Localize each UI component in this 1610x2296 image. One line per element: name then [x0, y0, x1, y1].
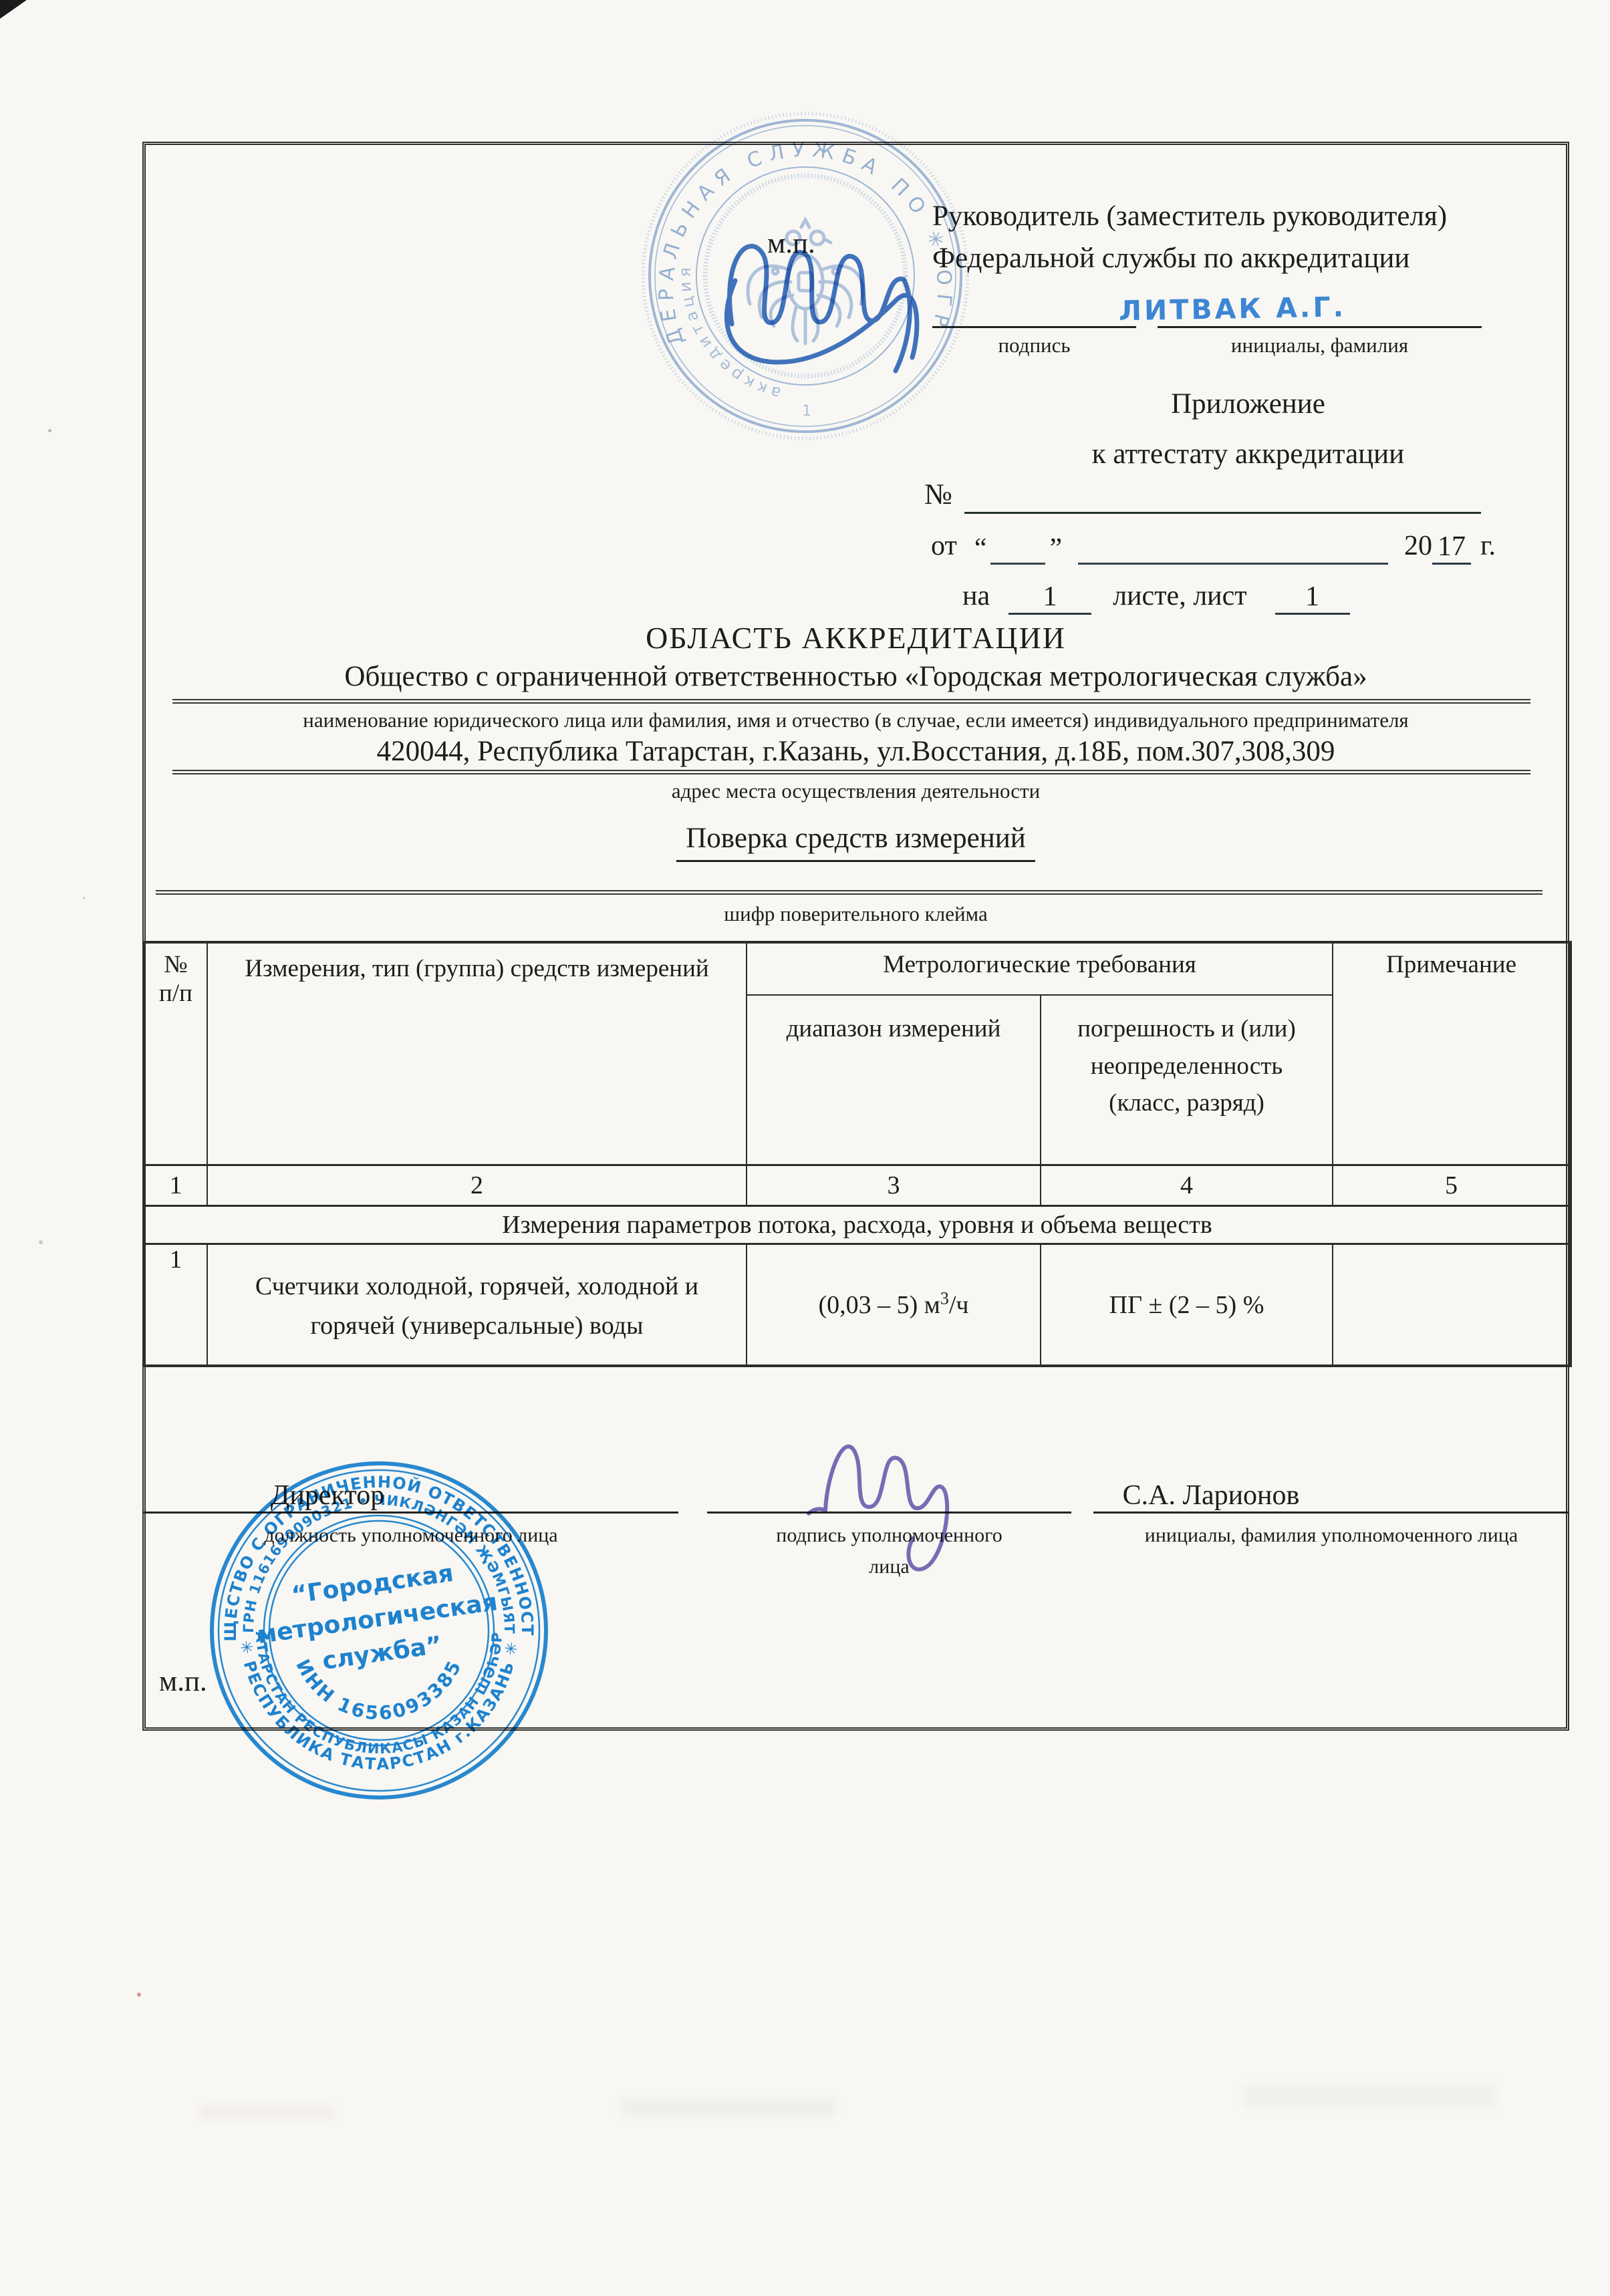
scan-speckle	[48, 429, 51, 432]
column-number-1: 1	[144, 1165, 207, 1206]
row-instrument-text: Счетчики холодной, горячей, холодной и г…	[213, 1264, 741, 1346]
scan-speckle-red	[137, 1993, 141, 1997]
year-suffix: г.	[1480, 530, 1496, 565]
header-num-line1: №	[150, 950, 201, 979]
sheet-middle-label: листе, лист	[1113, 580, 1247, 615]
appendix-line2: к аттестату аккредитации	[929, 438, 1567, 470]
document-scan-page: Руководитель (заместитель руководителя) …	[0, 0, 1610, 2296]
footer-name-value: С.А. Ларионов	[1123, 1479, 1300, 1512]
year-prefix: 20	[1404, 530, 1432, 565]
sheet-prefix: на	[962, 580, 990, 615]
header-note-cell: Примечание	[1333, 942, 1571, 1165]
organization-name: Общество с ограниченной ответственностью…	[142, 660, 1569, 693]
year-value: 17	[1432, 531, 1471, 565]
table-column-numbers-row: 1 2 3 4 5	[144, 1165, 1571, 1206]
federal-stamp-number: 1	[802, 403, 811, 420]
address-caption: адрес места осуществления деятельности	[142, 779, 1569, 803]
column-number-3: 3	[747, 1165, 1041, 1206]
scan-speckle	[83, 897, 86, 899]
appendix-number-blank	[964, 477, 1481, 514]
approval-name-column: ЛИТВАК А.Г. инициалы, фамилия	[1158, 267, 1482, 357]
appendix-date-row: от “ ” 20 17 г.	[931, 529, 1496, 565]
organization-caption: наименование юридического лица или фамил…	[142, 708, 1569, 732]
date-day-blank	[990, 529, 1045, 565]
column-number-2: 2	[207, 1165, 747, 1206]
column-number-4: 4	[1041, 1165, 1333, 1206]
date-prefix: от	[931, 530, 957, 565]
company-stamp-center-name: “Городская метрологическая служба”	[251, 1554, 504, 1684]
verification-mark-caption: шифр поверительного клейма	[142, 902, 1569, 926]
column-number-5: 5	[1333, 1165, 1571, 1206]
row-number: 1	[144, 1244, 207, 1367]
rule-verification-mark	[156, 890, 1542, 895]
activity-type: Поверка средств измерений	[676, 822, 1035, 862]
row-instrument: Счетчики холодной, горячей, холодной и г…	[207, 1244, 747, 1367]
activity-address: 420044, Республика Татарстан, г.Казань, …	[142, 735, 1569, 768]
row-range-prefix: (0,03 – 5) м	[818, 1291, 940, 1319]
appendix-number-row: №	[924, 477, 1481, 514]
quote-close: ”	[1049, 533, 1062, 565]
scan-ghost-smudge	[1243, 2085, 1497, 2108]
footer-name-line: С.А. Ларионов	[1093, 1470, 1569, 1514]
appendix-sheet-row: на 1 листе, лист 1	[962, 580, 1497, 615]
header-num-line2: п/п	[150, 979, 201, 1008]
approval-header-line1: Руководитель (заместитель руководителя)	[932, 195, 1587, 237]
sheet-count: 1	[1009, 581, 1091, 615]
header-error-cell: погрешность и (или) неопределенность (кл…	[1041, 995, 1333, 1165]
row-range-sup: 3	[940, 1288, 949, 1308]
scan-ghost-smudge	[622, 2098, 835, 2116]
table-section-row: Измерения параметров потока, расхода, ур…	[144, 1206, 1571, 1244]
appendix-heading: Приложение к аттестату аккредитации	[929, 388, 1567, 470]
scan-corner-artifact	[0, 0, 27, 19]
approval-name-line: ЛИТВАК А.Г.	[1158, 267, 1482, 328]
header-instrument-cell: Измерения, тип (группа) средств измерени…	[207, 942, 747, 1165]
scan-ghost-smudge	[200, 2105, 334, 2120]
table-header-row-1: № п/п Измерения, тип (группа) средств из…	[144, 942, 1571, 995]
scope-title: ОБЛАСТЬ АККРЕДИТАЦИИ	[142, 620, 1569, 656]
table-row: 1 Счетчики холодной, горячей, холодной и…	[144, 1244, 1571, 1367]
header-num-cell: № п/п	[144, 942, 207, 1165]
footer-signature-scribble	[769, 1390, 1036, 1604]
appendix-number-label: №	[924, 477, 952, 514]
approval-signature-scribble	[695, 200, 982, 394]
row-note	[1333, 1244, 1571, 1367]
header-error-text: погрешность и (или) неопределенность (кл…	[1077, 1010, 1297, 1122]
approval-signature-row: подпись ЛИТВАК А.Г. инициалы, фамилия	[932, 267, 1482, 357]
header-range-cell: диапазон измерений	[747, 995, 1041, 1165]
footer-name-caption: инициалы, фамилия уполномоченного лица	[1093, 1520, 1569, 1552]
appendix-line1: Приложение	[929, 388, 1567, 420]
activity-wrap: Поверка средств измерений	[142, 822, 1569, 862]
footer-name-column: С.А. Ларионов инициалы, фамилия уполномо…	[1093, 1470, 1569, 1552]
quote-open: “	[974, 533, 987, 565]
rule-under-address	[172, 770, 1530, 774]
rule-under-organization	[172, 699, 1530, 704]
approval-name-caption: инициалы, фамилия	[1158, 333, 1482, 357]
scan-speckle	[39, 1240, 43, 1244]
sheet-number: 1	[1275, 581, 1350, 615]
accreditation-scope-table: № п/п Измерения, тип (группа) средств из…	[142, 941, 1572, 1367]
row-error: ПГ ± (2 – 5) %	[1041, 1244, 1333, 1367]
facsimile-name-stamp: ЛИТВАК А.Г.	[1119, 291, 1347, 329]
row-range: (0,03 – 5) м3/ч	[747, 1244, 1041, 1367]
company-round-stamp: ОБЩЕСТВО С ОГРАНИЧЕННОЙ ОТВЕТСТВЕННОСТЬЮ…	[192, 1451, 566, 1812]
row-range-suffix: /ч	[949, 1291, 969, 1319]
section-title: Измерения параметров потока, расхода, ур…	[144, 1206, 1571, 1244]
date-month-blank	[1078, 529, 1388, 565]
header-metrology-cell: Метрологические требования	[747, 942, 1333, 995]
